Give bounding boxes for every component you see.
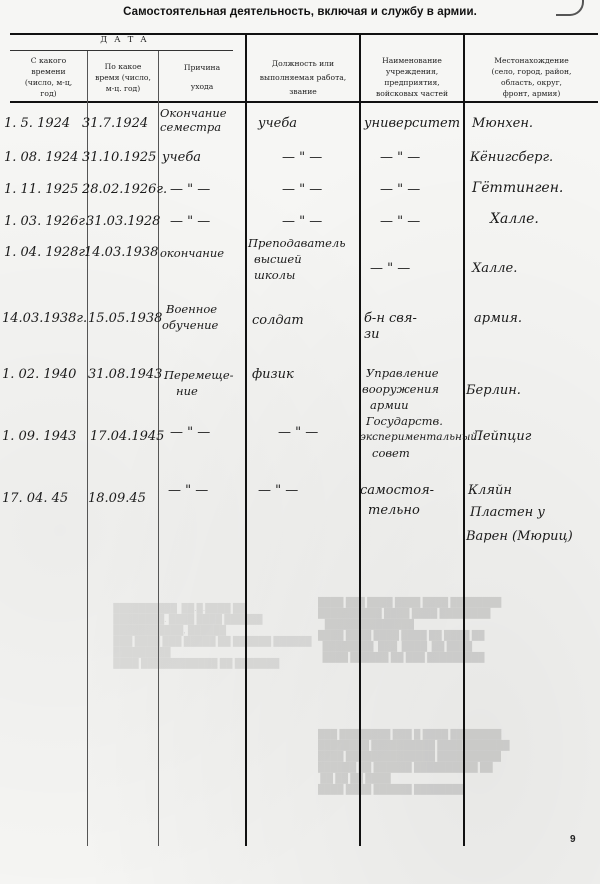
cell-to: 14.03.1938	[84, 246, 158, 260]
cell-reason: ние	[176, 384, 198, 398]
cell-location: Кляйн	[468, 484, 512, 498]
cell-position: — " —	[282, 151, 322, 165]
cell-from: 1. 09. 1943	[2, 430, 76, 444]
page-title: Самостоятельная деятельность, включая и …	[0, 6, 600, 18]
page-number: 9	[570, 834, 576, 845]
cell-to: 31.7.1924	[82, 117, 148, 131]
cell-institution: совет	[372, 446, 410, 460]
cell-institution: — " —	[380, 151, 420, 165]
cell-position: солдат	[252, 314, 304, 328]
header-location: Местонахождение (село, город, район, обл…	[465, 54, 598, 100]
cell-position: школы	[254, 268, 295, 282]
cell-from: 1. 08. 1924	[4, 151, 78, 165]
cell-from: 1. 02. 1940	[2, 368, 76, 382]
header-bottom-rule	[10, 101, 598, 103]
cell-from: 1. 5. 1924	[4, 117, 70, 131]
cell-position: — " —	[282, 215, 322, 229]
cell-position: высшей	[254, 252, 302, 266]
cell-location: Варен (Мюриц)	[466, 530, 573, 544]
show-through-text: ████ ███ ████ ████ ████ ████████ ███████…	[318, 586, 501, 674]
cell-to: 28.02.1926г.	[82, 183, 167, 197]
cell-location: армия.	[474, 312, 522, 326]
cell-institution: тельно	[368, 504, 420, 518]
cell-reason: — " —	[168, 484, 208, 498]
cell-location: Пластен у	[470, 506, 545, 520]
header-from: С какого времени (число, м-ц, год)	[10, 54, 87, 100]
cell-institution: армии	[370, 398, 409, 412]
cell-location: Халле.	[490, 212, 539, 226]
date-group-rule	[10, 50, 233, 51]
header-position: Должность или выполняемая работа, звание	[247, 54, 359, 100]
cell-position: Преподаватель	[248, 236, 346, 250]
column-divider	[158, 51, 159, 846]
cell-position: — " —	[258, 484, 298, 498]
cell-reason: окончание	[160, 246, 224, 260]
cell-from: 1. 11. 1925	[4, 183, 78, 197]
cell-location: Халле.	[472, 262, 517, 276]
column-divider	[245, 34, 247, 846]
cell-institution: б-н свя-	[364, 312, 417, 326]
cell-reason: — " —	[170, 215, 210, 229]
cell-to: 17.04.1945	[90, 430, 164, 444]
cell-to: 31.10.1925	[82, 151, 156, 165]
document-page: Самостоятельная деятельность, включая и …	[0, 0, 600, 884]
cell-institution: университет	[364, 117, 460, 131]
cell-reason: — " —	[170, 183, 210, 197]
cell-reason: Перемеще-	[164, 368, 234, 382]
cell-institution: — " —	[370, 262, 410, 276]
cell-location: Лейпциг	[472, 430, 531, 444]
cell-from: 1. 04. 1928г.	[4, 246, 89, 260]
cell-institution: экспериментальный	[360, 430, 477, 444]
date-group-header: ДАТА	[87, 35, 167, 45]
cell-to: 18.09.45	[88, 492, 146, 506]
cell-institution: — " —	[380, 183, 420, 197]
cell-reason: Окончание	[160, 106, 227, 120]
cell-from: 1. 03. 1926г.	[4, 215, 89, 229]
cell-institution: вооружения	[362, 382, 439, 396]
cell-from: 17. 04. 45	[2, 492, 68, 506]
cell-location: Кёнигсберг.	[470, 151, 553, 165]
cell-to: 15.05.1938	[88, 312, 162, 326]
cell-reason: семестра	[160, 120, 221, 134]
header-reason: Причина ухода	[159, 54, 245, 100]
column-divider	[87, 51, 88, 846]
cell-to: 31.08.1943	[88, 368, 162, 382]
cell-position: — " —	[282, 183, 322, 197]
cell-institution: Управление	[366, 366, 439, 380]
header-institution: Наименование учреждения, предприятия, во…	[361, 54, 463, 100]
show-through-text: ███ ████████ ███ █ ████ ████████ ███████…	[318, 718, 510, 806]
cell-reason: Военное	[166, 302, 217, 316]
cell-institution: зи	[364, 328, 379, 342]
header-to: По какое время (число, м-ц. год)	[88, 54, 158, 100]
cell-position: учеба	[258, 117, 297, 131]
cell-reason: — " —	[170, 426, 210, 440]
cell-reason: обучение	[162, 318, 218, 332]
cell-location: Берлин.	[466, 384, 521, 398]
cell-location: Гёттинген.	[472, 181, 563, 195]
cell-institution: Государств.	[366, 414, 443, 428]
show-through-text: ██████████ ██.█.████ ██ ████████. ████ █…	[30, 592, 312, 680]
cell-institution: самостоя-	[360, 484, 434, 498]
cell-from: 14.03.1938г.	[2, 312, 87, 326]
cell-institution: — " —	[380, 215, 420, 229]
cell-position: — " —	[278, 426, 318, 440]
cell-location: Мюнхен.	[472, 117, 533, 131]
cell-position: физик	[252, 368, 294, 382]
cell-reason: учеба	[162, 151, 201, 165]
cell-to: 31.03.1928	[86, 215, 160, 229]
